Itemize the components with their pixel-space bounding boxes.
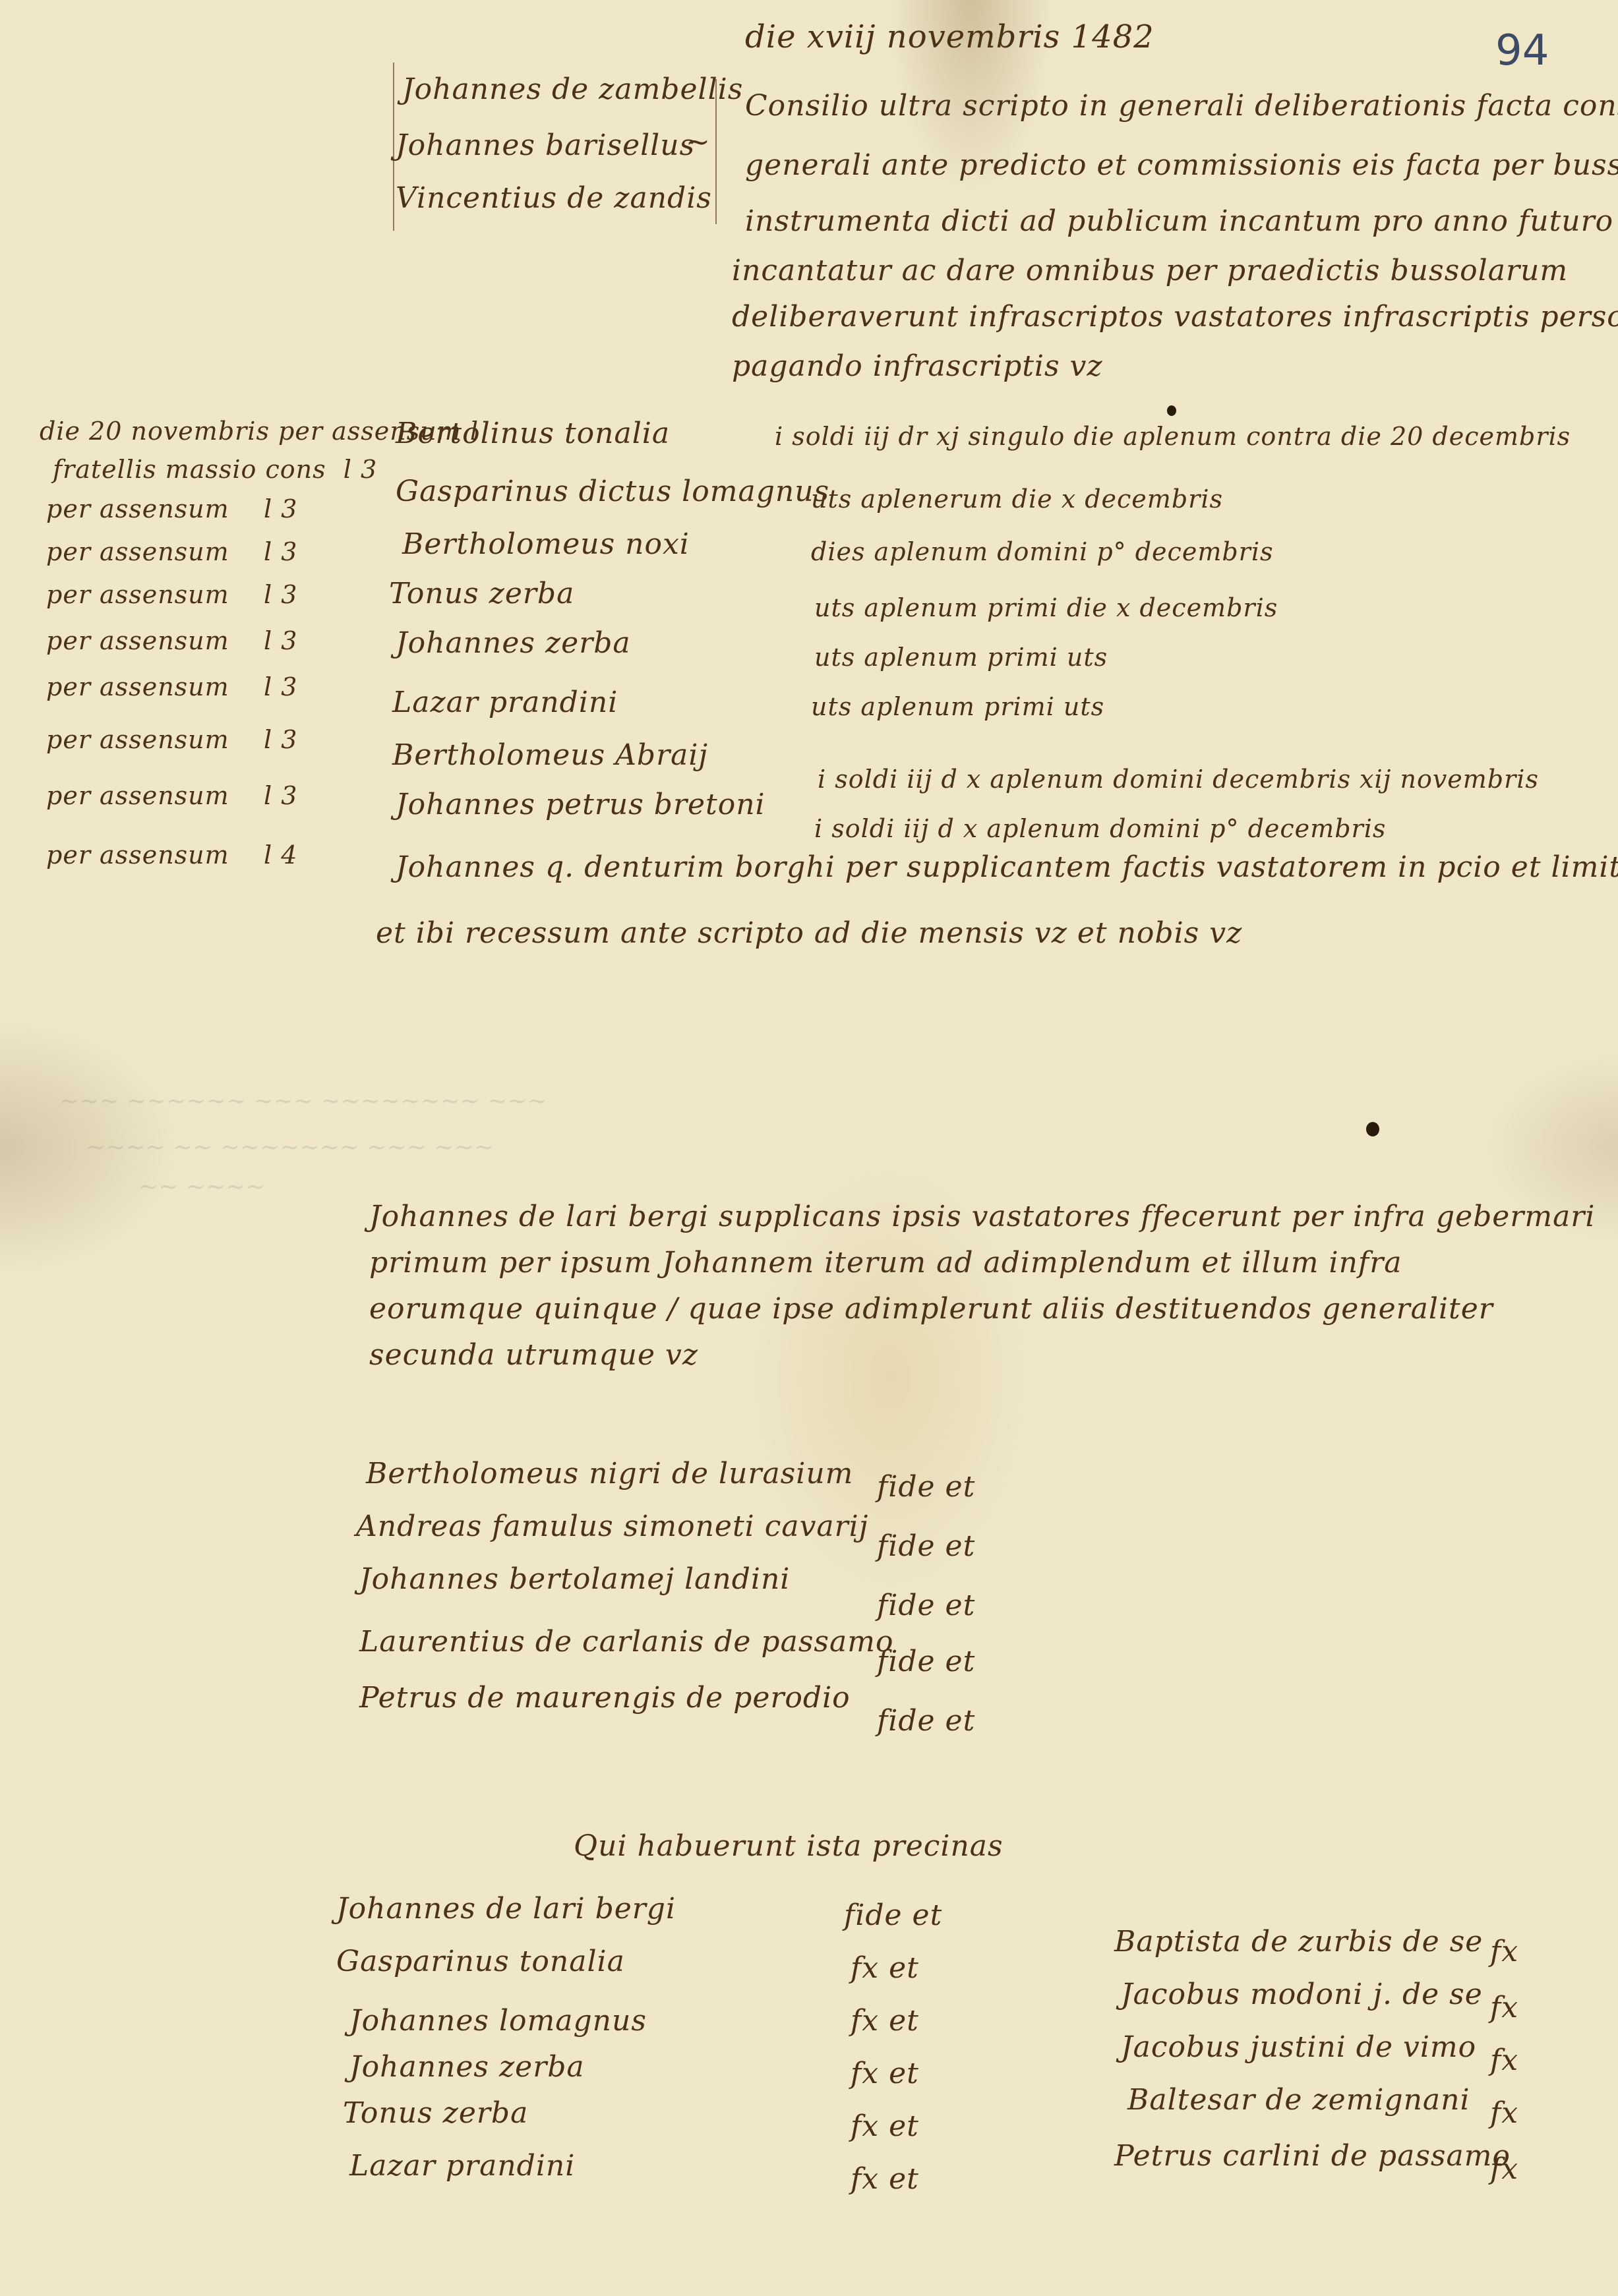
text-line: Consilio ultra scripto in generali delib… — [745, 89, 1618, 123]
margin-entry-text: per assensum — [46, 626, 229, 655]
bleed-through-text: ~~~~ ~~ ~~~~~~~ ~~~ ~~~ — [86, 1134, 494, 1161]
bleed-through-text: ~~ ~~~~ — [138, 1173, 265, 1200]
vastator-terms: dies aplenum domini p° decembris — [811, 537, 1274, 566]
margin-entry: per assensum l 3 — [46, 672, 297, 701]
surety-name: Bertholomeus nigri de lurasium — [366, 1457, 853, 1490]
recipient-name: Jacobus modoni j. de se — [1121, 1978, 1483, 2011]
text-line: deliberaverunt infrascriptos vastatores … — [732, 300, 1618, 334]
recipient-name: Johannes zerba — [349, 2050, 585, 2084]
vastator-name: Johannes zerba — [396, 626, 631, 660]
margin-entry-text: per assensum — [46, 781, 229, 810]
surety-mark: fide et — [877, 1470, 975, 1504]
vastator-name: Johannes petrus bretoni — [396, 788, 765, 821]
margin-entry-text: fratellis massio cons — [53, 455, 326, 484]
vastator-terms: uts aplenum primi uts — [814, 643, 1108, 672]
official-name: Johannes de zambellis — [402, 73, 743, 106]
margin-entry-amount: l 3 — [264, 672, 297, 701]
recipient-mark: fx — [1490, 1935, 1518, 1968]
folio-number: 94 — [1495, 26, 1549, 75]
margin-entry-amount: l 3 — [264, 580, 297, 609]
margin-entry-text: per assensum — [46, 580, 229, 609]
margin-entry: per assensum l 3 — [46, 537, 297, 566]
margin-entry: per assensum l 4 — [46, 840, 297, 869]
list-subheading: Qui habuerunt ista precinas — [574, 1829, 1004, 1863]
recipient-mark: fx et — [851, 1951, 919, 1985]
margin-entry-amount: l 4 — [264, 840, 297, 869]
margin-entry: per assensum l 3 — [46, 781, 297, 810]
margin-entry-amount: l 3 — [264, 781, 297, 810]
margin-entry-text: per assensum — [46, 840, 229, 869]
margin-entry: fratellis massio cons l 3 — [53, 455, 377, 484]
margin-entry-text: per assensum — [46, 537, 229, 566]
vastator-terms: uts aplenum primi die x decembris — [814, 593, 1278, 622]
text-line: incantatur ac dare omnibus per praedicti… — [732, 254, 1568, 287]
recipient-mark: fide et — [844, 1899, 942, 1932]
recipient-mark: fx et — [851, 2057, 919, 2090]
vastator-terms: uts aplenum primi uts — [811, 692, 1104, 721]
surety-name: Petrus de maurengis de perodio — [359, 1681, 851, 1715]
official-name: Johannes barisellus — [396, 129, 695, 162]
margin-entry-text: per assensum — [46, 494, 229, 523]
ink-blot — [1366, 1122, 1379, 1136]
recipient-mark: fx et — [851, 2109, 919, 2143]
recipient-name: Jacobus justini de vimo — [1121, 2030, 1476, 2064]
vastator-name: Tonus zerba — [389, 577, 574, 610]
margin-entry-amount: l 3 — [264, 537, 297, 566]
bracket-mark: ~ — [686, 125, 711, 159]
bracket-line — [393, 63, 394, 231]
surety-mark: fide et — [877, 1529, 975, 1563]
text-line: eorumque quinque / quae ipse adimplerunt… — [369, 1292, 1493, 1326]
text-line: instrumenta dicti ad publicum incantum p… — [745, 204, 1613, 238]
recipient-mark: fx — [1490, 1991, 1518, 2024]
vastator-name: Bertolinus tonalia — [396, 417, 670, 450]
recipient-mark: fx — [1490, 2096, 1518, 2130]
margin-entry-amount: l 3 — [264, 725, 297, 754]
text-line: Johannes de lari bergi supplicans ipsis … — [369, 1200, 1595, 1233]
recipient-name: Johannes lomagnus — [349, 2004, 647, 2038]
margin-entry: per assensum l 3 — [46, 494, 297, 523]
text-line: secunda utrumque vz — [369, 1338, 698, 1372]
vastator-terms: uts aplenerum die x decembris — [811, 485, 1223, 514]
recipient-name: Baltesar de zemignani — [1127, 2083, 1470, 2117]
recipient-name: Gasparinus tonalia — [336, 1945, 625, 1978]
surety-mark: fide et — [877, 1645, 975, 1678]
vastator-name: Bertholomeus Abraij — [392, 738, 708, 772]
text-line: pagando infrascriptis vz — [732, 349, 1103, 383]
surety-name: Johannes bertolamej landini — [359, 1562, 790, 1596]
recipient-name: Lazar prandini — [349, 2149, 575, 2183]
column-divider — [715, 79, 717, 224]
vastator-name: Gasparinus dictus lomagnus — [396, 475, 829, 508]
text-line: generali ante predicto et commissionis e… — [745, 148, 1618, 182]
page-heading-date: die xviij novembris 1482 — [745, 18, 1154, 55]
vastator-terms: i soldi iij d x aplenum domini p° decemb… — [814, 814, 1386, 843]
margin-entry-amount: l 3 — [344, 455, 377, 484]
margin-entry-amount: l 3 — [264, 494, 297, 523]
surety-mark: fide et — [877, 1589, 975, 1622]
recipient-name: Baptista de zurbis de se — [1114, 1925, 1483, 1958]
margin-entry: per assensum l 3 — [46, 580, 297, 609]
vastator-name: Lazar prandini — [392, 686, 618, 719]
surety-name: Andreas famulus simoneti cavarij — [356, 1510, 868, 1543]
margin-entry-amount: l 3 — [264, 626, 297, 655]
text-line: Johannes q. denturim borghi per supplica… — [396, 850, 1618, 884]
recipient-name: Tonus zerba — [343, 2096, 528, 2130]
text-line: primum per ipsum Johannem iterum ad adim… — [369, 1246, 1402, 1280]
margin-entry: per assensum l 3 — [46, 725, 297, 754]
vastator-terms: i soldi iij dr xj singulo die aplenum co… — [775, 422, 1571, 451]
official-name: Vincentius de zandis — [396, 181, 712, 215]
vastator-terms: i soldi iij d x aplenum domini decembris… — [818, 765, 1539, 794]
recipient-mark: fx et — [851, 2162, 919, 2196]
text-line: et ibi recessum ante scripto ad die mens… — [376, 916, 1242, 950]
margin-entry-text: per assensum — [46, 672, 229, 701]
recipient-mark: fx — [1490, 2044, 1518, 2077]
recipient-name: Johannes de lari bergi — [336, 1892, 676, 1926]
bleed-through-text: ~~~ ~~~~~~ ~~~ ~~~~~~~~ ~~~ — [59, 1088, 547, 1115]
recipient-mark: fx — [1490, 2152, 1518, 2186]
ink-blot — [1167, 405, 1176, 416]
surety-mark: fide et — [877, 1704, 975, 1738]
recipient-name: Petrus carlini de passamo — [1114, 2139, 1511, 2173]
margin-entry-text: per assensum — [46, 725, 229, 754]
surety-name: Laurentius de carlanis de passamo — [359, 1625, 893, 1659]
margin-entry: per assensum l 3 — [46, 626, 297, 655]
recipient-mark: fx et — [851, 2004, 919, 2038]
vastator-name: Bertholomeus noxi — [402, 527, 690, 561]
